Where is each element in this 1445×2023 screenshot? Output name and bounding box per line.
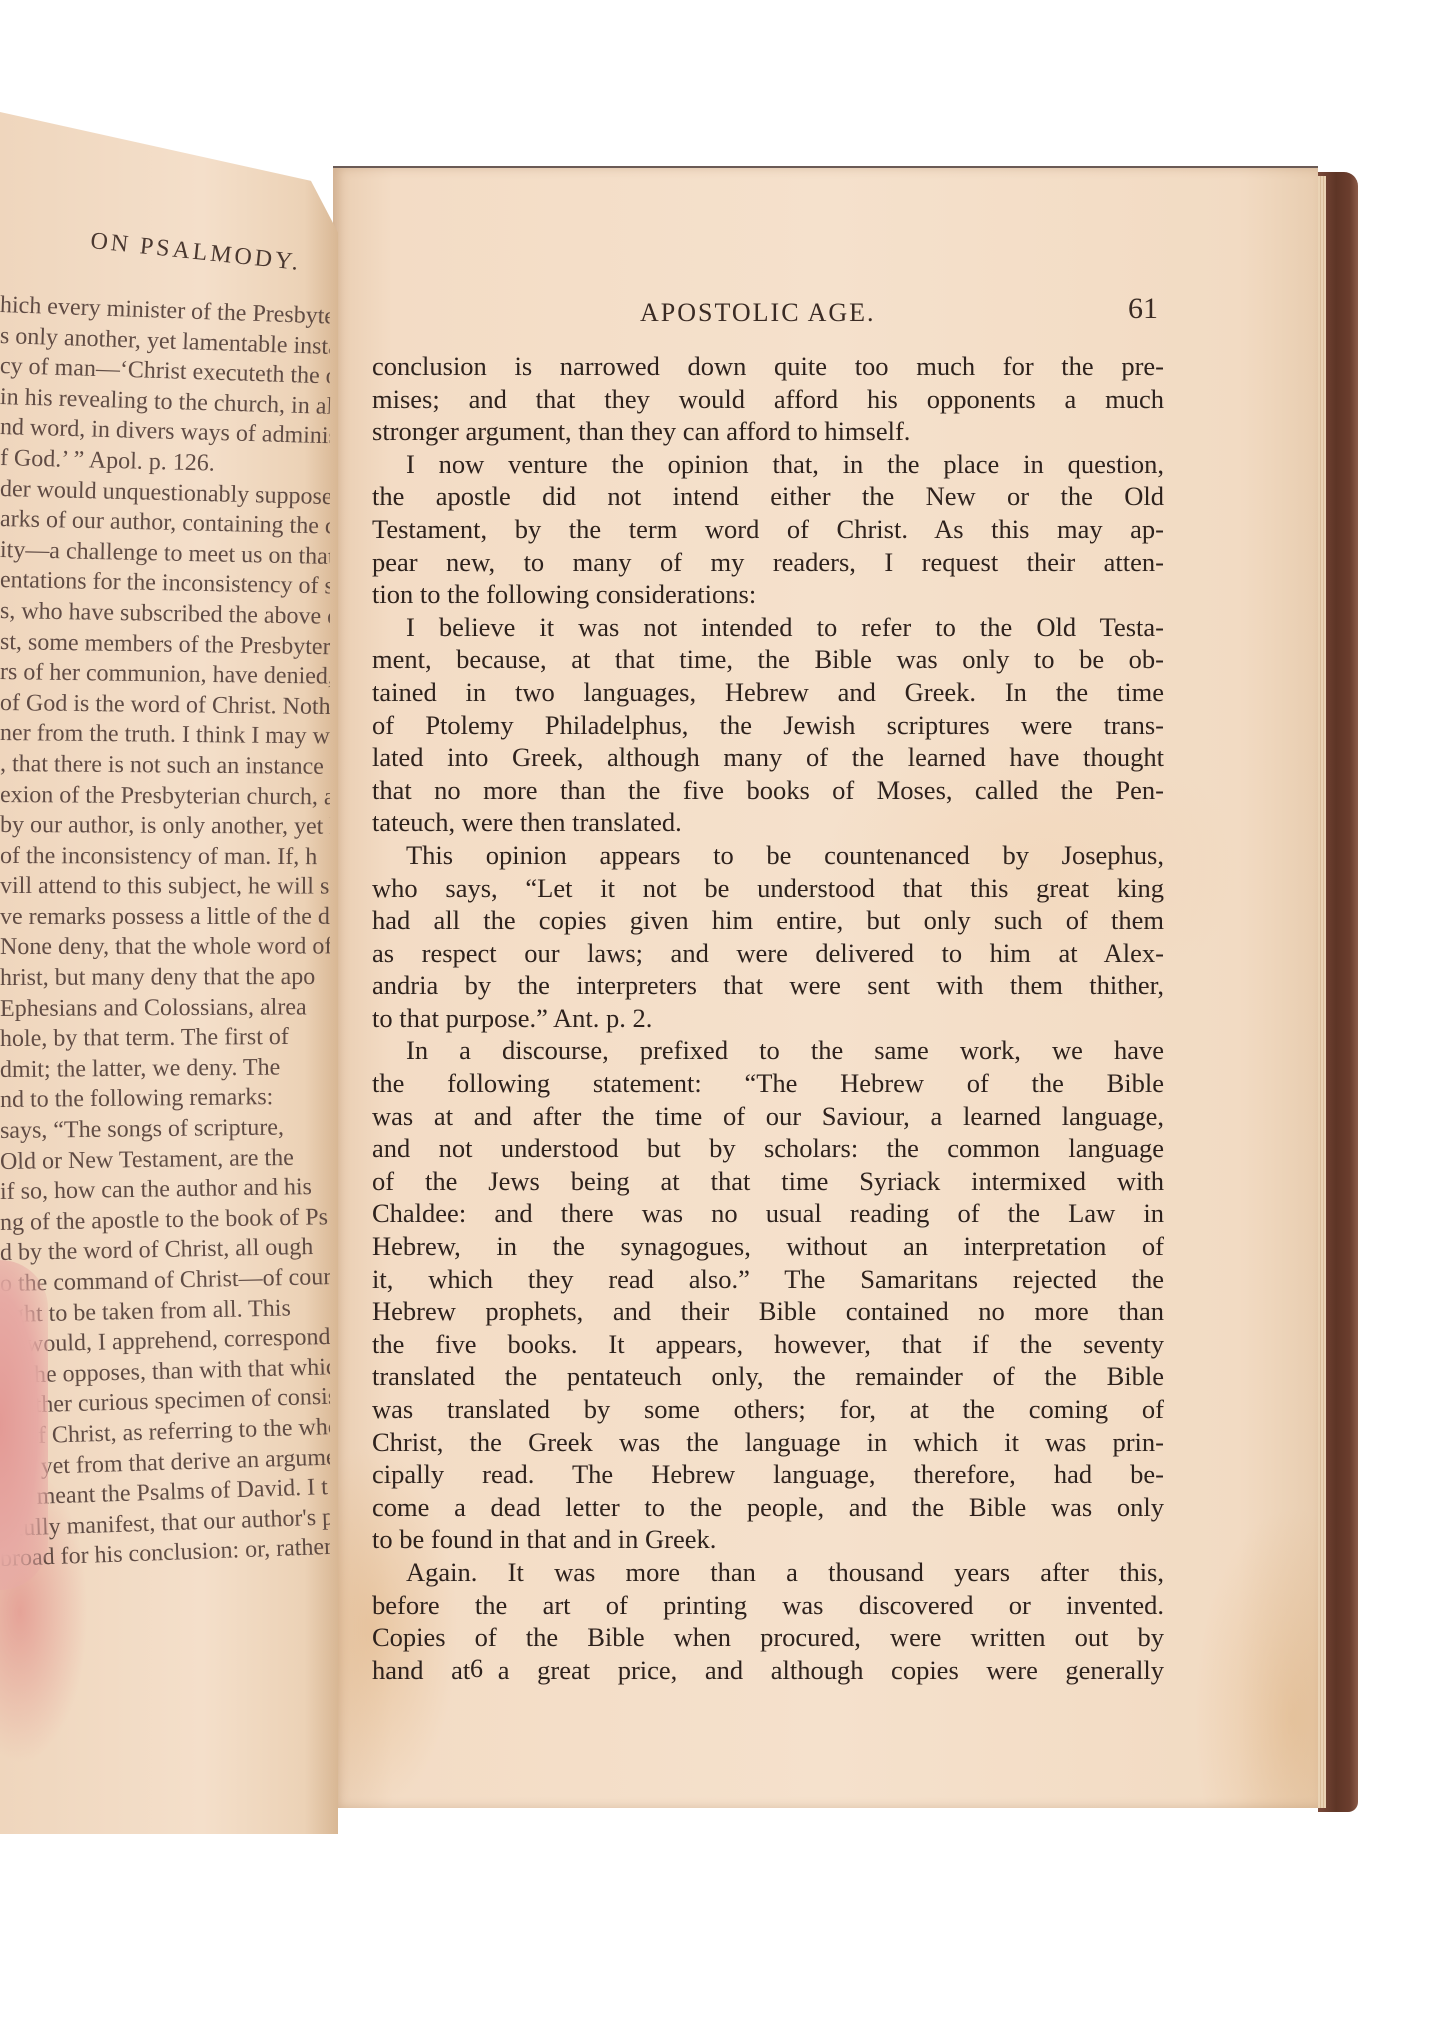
text-line: ner from the truth. I think I may wi xyxy=(0,718,330,752)
text-line: hand at a great price, and although copi… xyxy=(372,1654,1164,1687)
text-line: it, which they read also.” The Samaritan… xyxy=(372,1263,1164,1296)
running-head-right: APOSTOLIC AGE. xyxy=(640,298,876,328)
text-line: I now venture the opinion that, in the p… xyxy=(372,448,1164,481)
finger-holding-page xyxy=(0,1260,48,1590)
text-line: I believe it was not intended to refer t… xyxy=(372,611,1164,644)
text-line: vill attend to this subject, he will se xyxy=(0,871,330,902)
text-line: to be found in that and in Greek. xyxy=(372,1523,1164,1556)
text-line: Ephesians and Colossians, alrea xyxy=(0,992,330,1024)
text-line: by our author, is only another, yet la xyxy=(0,810,330,842)
text-line: was at and after the time of our Saviour… xyxy=(372,1100,1164,1133)
text-line: lated into Greek, although many of the l… xyxy=(372,741,1164,774)
text-line: the following statement: “The Hebrew of … xyxy=(372,1067,1164,1100)
text-line: cipally read. The Hebrew language, there… xyxy=(372,1458,1164,1491)
text-line: hole, by that term. The first of xyxy=(0,1022,330,1055)
right-page-text: conclusion is narrowed down quite too mu… xyxy=(372,350,1164,1686)
text-line: translated the pentateuch only, the rema… xyxy=(372,1360,1164,1393)
text-line: was translated by some others; for, at t… xyxy=(372,1393,1164,1426)
text-line: tion to the following considerations: xyxy=(372,578,1164,611)
text-line: the apostle did not intend either the Ne… xyxy=(372,480,1164,513)
text-line: of Ptolemy Philadelphus, the Jewish scri… xyxy=(372,709,1164,742)
text-line: Again. It was more than a thousand years… xyxy=(372,1556,1164,1589)
text-line: rs of her communion, have denied, th xyxy=(0,657,330,692)
text-line: Hebrew, in the synagogues, without an in… xyxy=(372,1230,1164,1263)
text-line: hrist, but many deny that the apo xyxy=(0,962,330,994)
text-line: pear new, to many of my readers, I reque… xyxy=(372,546,1164,579)
text-line: dmit; the latter, we deny. The xyxy=(0,1052,330,1085)
page-number: 61 xyxy=(1128,292,1158,326)
text-line: of God is the word of Christ. Nothing xyxy=(0,688,330,723)
text-line: as respect our laws; and were delivered … xyxy=(372,937,1164,970)
book-photo: APOSTOLIC AGE. 61 conclusion is narrowed… xyxy=(0,0,1445,2023)
text-line: of the Jews being at that time Syriack i… xyxy=(372,1165,1164,1198)
left-page-text: hich every minister of the Presbyterian … xyxy=(0,290,330,1575)
text-line: stronger argument, than they can afford … xyxy=(372,415,1164,448)
text-line: who says, “Let it not be understood that… xyxy=(372,872,1164,905)
text-line: Testament, by the term word of Christ. A… xyxy=(372,513,1164,546)
text-line: mises; and that they would afford his op… xyxy=(372,383,1164,416)
text-line: , that there is not such an instance to … xyxy=(0,749,330,782)
text-line: says, “The songs of scripture, xyxy=(0,1112,330,1147)
text-line: ment, because, at that time, the Bible w… xyxy=(372,643,1164,676)
text-line: tateuch, were then translated. xyxy=(372,806,1164,839)
text-line: to that purpose.” Ant. p. 2. xyxy=(372,1002,1164,1035)
text-line: of the inconsistency of man. If, h xyxy=(0,841,330,873)
text-line: Hebrew prophets, and their Bible contain… xyxy=(372,1295,1164,1328)
text-line: nd to the following remarks: xyxy=(0,1082,330,1116)
text-line: Chaldee: and there was no usual reading … xyxy=(372,1197,1164,1230)
text-line: that no more than the five books of Mose… xyxy=(372,774,1164,807)
text-line: This opinion appears to be countenanced … xyxy=(372,839,1164,872)
text-line: come a dead letter to the people, and th… xyxy=(372,1491,1164,1524)
signature-mark: 6 xyxy=(470,1654,483,1684)
text-line: Copies of the Bible when procured, were … xyxy=(372,1621,1164,1654)
text-line: exion of the Presbyterian church, and xyxy=(0,780,330,813)
text-line: andria by the interpreters that were sen… xyxy=(372,969,1164,1002)
text-line: the five books. It appears, however, tha… xyxy=(372,1328,1164,1361)
text-line: and not understood but by scholars: the … xyxy=(372,1132,1164,1165)
text-line: In a discourse, prefixed to the same wor… xyxy=(372,1034,1164,1067)
text-line: had all the copies given him entire, but… xyxy=(372,904,1164,937)
text-line: conclusion is narrowed down quite too mu… xyxy=(372,350,1164,383)
text-line: Christ, the Greek was the language in wh… xyxy=(372,1426,1164,1459)
text-line: before the art of printing was discovere… xyxy=(372,1589,1164,1622)
text-line: tained in two languages, Hebrew and Gree… xyxy=(372,676,1164,709)
text-line: None deny, that the whole word of xyxy=(0,932,330,963)
text-line: ve remarks possess a little of the de xyxy=(0,902,330,933)
